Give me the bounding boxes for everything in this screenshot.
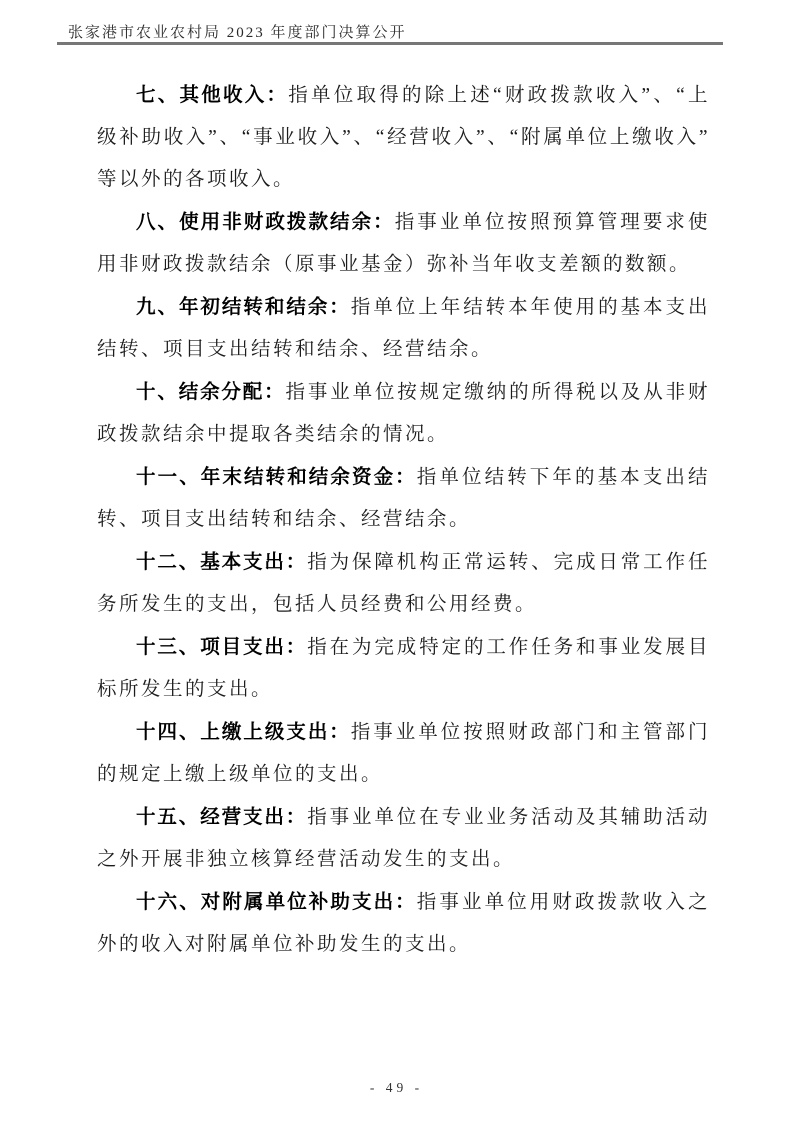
paragraph-basic-expenditure: 十二、基本支出：指为保障机构正常运转、完成日常工作任务所发生的支出，包括人员经费… [97, 541, 710, 626]
paragraph-surplus-distribution: 十、结余分配：指事业单位按规定缴纳的所得税以及从非财政拨款结余中提取各类结余的情… [97, 371, 710, 456]
term-label: 十六、对附属单位补助支出： [136, 891, 417, 913]
term-label: 十四、上缴上级支出： [136, 721, 351, 743]
paragraph-beginning-carryover: 九、年初结转和结余：指单位上年结转本年使用的基本支出结转、项目支出结转和结余、经… [97, 286, 710, 371]
paragraph-remit-to-superior: 十四、上缴上级支出：指事业单位按照财政部门和主管部门的规定上缴上级单位的支出。 [97, 711, 710, 796]
term-label: 十、结余分配： [136, 381, 286, 403]
paragraph-operating-expenditure: 十五、经营支出：指事业单位在专业业务活动及其辅助活动之外开展非独立核算经营活动发… [97, 796, 710, 881]
term-label: 八、使用非财政拨款结余： [136, 211, 395, 233]
term-label: 十二、基本支出： [136, 551, 307, 573]
running-header-title: 张家港市农业农村局 2023 年度部门决算公开 [68, 21, 407, 42]
document-page: 张家港市农业农村局 2023 年度部门决算公开 七、其他收入：指单位取得的除上述… [0, 0, 793, 1122]
paragraph-project-expenditure: 十三、项目支出：指在为完成特定的工作任务和事业发展目标所发生的支出。 [97, 626, 710, 711]
paragraph-use-nonfiscal-surplus: 八、使用非财政拨款结余：指事业单位按照预算管理要求使用非财政拨款结余（原事业基金… [97, 201, 710, 286]
paragraph-subsidy-to-affiliates: 十六、对附属单位补助支出：指事业单位用财政拨款收入之外的收入对附属单位补助发生的… [97, 881, 710, 966]
term-label: 七、其他收入： [136, 84, 288, 106]
term-label: 十一、年末结转和结余资金： [136, 466, 417, 488]
term-label: 十五、经营支出： [136, 806, 307, 828]
term-label: 十三、项目支出： [136, 636, 307, 658]
paragraph-yearend-carryover-funds: 十一、年末结转和结余资金：指单位结转下年的基本支出结转、项目支出结转和结余、经营… [97, 456, 710, 541]
document-body: 七、其他收入：指单位取得的除上述“财政拨款收入”、“上级补助收入”、“事业收入”… [97, 74, 710, 966]
page-number: - 49 - [0, 1080, 793, 1096]
term-label: 九、年初结转和结余： [136, 296, 351, 318]
header-rule [57, 42, 723, 45]
paragraph-other-income: 七、其他收入：指单位取得的除上述“财政拨款收入”、“上级补助收入”、“事业收入”… [97, 74, 710, 201]
